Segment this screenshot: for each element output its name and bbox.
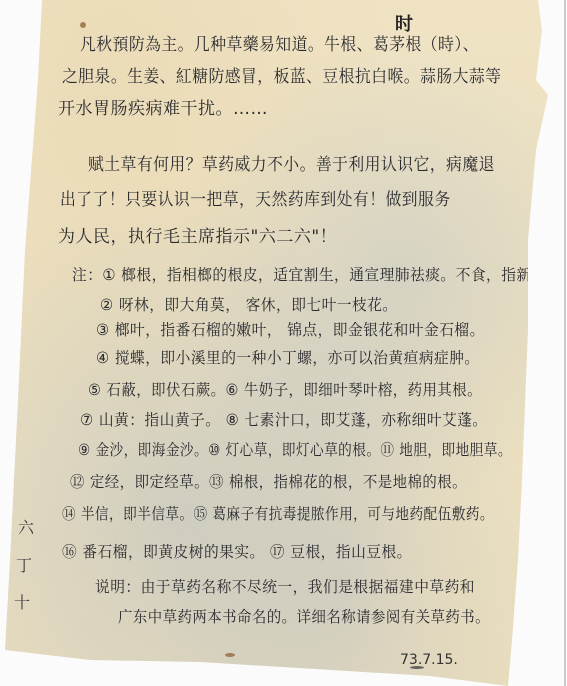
notes-line-5: ⑤ 石蔽，即伏石蕨。⑥ 牛奶子，即细叶琴叶榕，药用其根。 <box>88 378 482 400</box>
closing-line-2: 广东中草药两本书命名的。详细名称请参阅有关草药书。 <box>118 605 490 627</box>
notes-line-7: ⑨ 金沙，即海金沙。⑩ 灯心草，即灯心草的根。⑪ 地胆，即地胆草。 <box>78 438 512 460</box>
paragraph-2-line-2: 出了了！只要认识一把草，天然药库到处有！做到服务 <box>60 185 451 210</box>
paragraph-2-line-3: 为人民，执行毛主席指示"六二六"！ <box>58 222 337 247</box>
notes-line-10: ⑯ 番石榴，即黄皮树的果实。 ⑰ 豆根，指山豆根。 <box>62 540 412 562</box>
ink-stain <box>80 22 86 28</box>
closing-line-1: 说明：由于草药名称不尽统一，我们是根据福建中草药和 <box>95 575 475 597</box>
paragraph-2-line-1: 赋土草有何用？草药威力不小。善于利用认识它，病魔退 <box>88 150 495 175</box>
paragraph-1-line-3: 开水胃肠疾病难干扰。…… <box>58 94 268 119</box>
notes-line-8: ⑫ 定经，即定经草。⑬ 棉根，指棉花的根，不是地棉的根。 <box>70 470 467 492</box>
margin-mark-3: 十 <box>14 590 30 613</box>
document-date: 73.7.15. <box>400 652 458 668</box>
notes-line-3: ③ 榔叶，指番石榴的嫩叶， 锦点，即金银花和叶金石榴。 <box>96 318 485 340</box>
paragraph-1-line-2: 之胆泉。生姜、紅糖防感冒，板蓝、豆根抗白喉。蒜肠大蒜等 <box>62 62 501 87</box>
ink-stain <box>410 666 424 669</box>
notes-line-4: ④ 搅蝶，即小溪里的一种小丁螺，亦可以治黄疸病症肿。 <box>96 346 480 368</box>
paper-sheet: 时 凡秋預防為主。几种草藥易知道。牛根、葛茅根（時）、 之胆泉。生姜、紅糖防感冒… <box>0 0 567 686</box>
margin-mark-2: 丁 <box>16 553 32 576</box>
notes-line-6: ⑦ 山黄：指山黄子。 ⑧ 七素汁口，即艾蓬，亦称细叶艾蓬。 <box>80 408 488 430</box>
ink-stain <box>225 653 235 657</box>
notes-line-2: ② 呀林，即大角莫， 客休，即七叶一枝花。 <box>100 293 398 315</box>
margin-mark-1: 六 <box>18 515 34 538</box>
notes-line-1: 注：① 榔根，指相榔的根皮，适宜割生，通宣理肺祛痰。不食，指新鲜 <box>72 263 547 285</box>
notes-line-9: ⑭ 半信，即半信草。⑮ 葛麻子有抗毒提脓作用，可与地药配伍敷药。 <box>62 502 494 524</box>
paragraph-1-line-1: 凡秋預防為主。几种草藥易知道。牛根、葛茅根（時）、 <box>80 30 479 55</box>
scan-edge-rule <box>564 0 566 686</box>
